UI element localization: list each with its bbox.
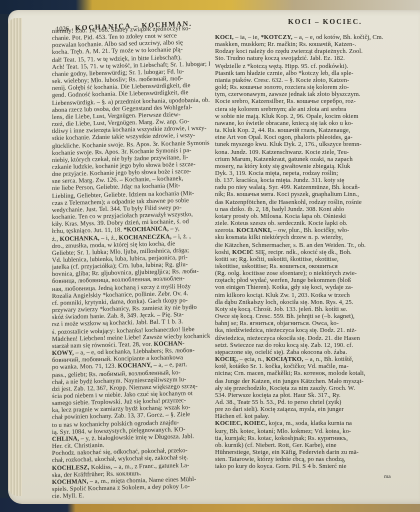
text-line: niania ptaków. Cresc. 632. – §. Kocie zł… [215, 77, 407, 84]
text-line: Ad. 38., Teatr 55 b. 53., Pd. to perso c… [215, 399, 407, 406]
text-line: u nas dziko. ib. 2, 18, badyl Jundz. 308… [215, 206, 407, 213]
text-line: 534. Pierwsze kocięta za płot. Haur Sk. … [215, 392, 407, 399]
text-line: bahnj se; Rs. ягниться, objaгниться. Owc… [215, 320, 407, 327]
text-line: kury, Bh. kotec, kotaní; Mlo. kokmez; Vd… [215, 428, 407, 435]
text-line: iskotitise, uskotitise; Rs. кошиться, ок… [215, 263, 407, 270]
text-line: pre zo dari sieli). Kocię zaiąeza, mysla… [215, 406, 407, 413]
text-line: tka, niedźwiedzica, nieżeczyca kocą się.… [215, 327, 407, 334]
text-line: nawane, ko świetle obracane, kniecą się … [215, 120, 407, 127]
text-line: stępaczone się, ocielić się). Żaba okoco… [215, 349, 407, 356]
text-line: szerota. KOCIANKI, – ow, plur., Bh. koci… [215, 227, 407, 234]
text-line: das Katzenpfötchen, die Hasenkohl, rodza… [215, 199, 407, 206]
text-line: gold; Rs. кошачье золото, rozciera się k… [215, 84, 407, 91]
text-line: nim kilkoro kociąt. Kluk Zw. 1, 203. Kot… [215, 292, 407, 299]
text-line: Wędzielle z *kotczą wężą. Hipp. 95. cf. … [215, 63, 407, 70]
text-line: ciera się kolorem srebrnym; ale ani złot… [215, 106, 407, 113]
text-line: ib. 137. kraciśca, kocia mięta. Jundz. 3… [215, 177, 407, 184]
text-line: KOCIEC, KOIEC, kojca, m., soda, klatka k… [215, 420, 407, 427]
text-line: sten. Tatarowie, którzy iednie cbcą, po … [215, 456, 407, 463]
text-line: Ptasnik tam hładzie czrnie, albo *kotczy… [215, 70, 407, 77]
text-line: KOCI, – ia, – ie, *KOTCZY, – a, – e, od … [215, 34, 407, 41]
text-line: eine Art von Opal. Koci ogon, phaloris p… [215, 134, 407, 141]
text-line: ziele. Koteus szeszs ob. serdecznik. Koc… [215, 220, 407, 227]
text-line: von einigen Thieren). Kotka, gdy się koc… [215, 284, 407, 291]
text-line: dźwiedzica, nieżeczyca okociła się. Dodz… [215, 335, 407, 342]
text-line: maskken, muskken; Rr. mačkin; Rs. кошачі… [215, 41, 407, 48]
text-line: ta. Kluk Kop. 2, 44. Rs. кошачій глазъ, … [215, 127, 407, 134]
catchword: ma [384, 474, 391, 480]
text-line: (Rg. oolg. kocitisse zose sfoentare); o … [215, 270, 407, 277]
text-line: Dyk. 3, 119. Kocia mięta, nepeta, rodzay… [215, 170, 407, 177]
text-line: Sto. Trudno naturę koczą swojądzić. Jabł… [215, 55, 407, 62]
text-line: das Junge der Katzen, ein junges Kätzche… [215, 378, 407, 385]
right-running-head: KOCI – KOCIEC. [288, 18, 362, 26]
text-line: KOCIĘ, – ęcia, n., KOCIĄTKO, – a, n., Bh… [215, 356, 407, 363]
text-line: radu po niey walaią. Syr. 499. Katzenmün… [215, 184, 407, 191]
text-line: iako po kury do koyca. Gorn. Pil. S 4 b.… [215, 463, 407, 470]
text-line: ały się przechodziło, Kocięta za nim zas… [215, 385, 407, 392]
text-line: nicina; Crn. macen, mačkělki; Rs. котено… [215, 370, 407, 377]
text-line: w sobie nie mają. Kluk Kop. 2, 96. Opale… [215, 113, 407, 120]
text-line: koshi, KOCIĆ SIĘ, recipr. ndk., okocić s… [215, 249, 407, 256]
text-line: setzt. Świeczce raz do roku kocą się. Za… [215, 342, 407, 349]
text-line: Owce się kocą. Cresc. 559. Bh. jehnjti s… [215, 313, 407, 320]
page-edges [8, 18, 22, 496]
text-line: Hächen ef. kot pałay. [215, 413, 407, 420]
text-line: tym, czerwonawym, zawsze jednak iak złot… [215, 91, 407, 98]
text-line: rzętach; płod wydać, werfen, Junge bekom… [215, 277, 407, 284]
text-line: crium Marum, Katzenkraut, gatunek ozaki,… [215, 156, 407, 163]
text-line: kotě, kotátko Sr. 1. kočka, kočičko; Vd.… [215, 363, 407, 370]
text-line: Koty się kocą. Chrośt. Job. 133. jeleń. … [215, 306, 407, 313]
right-column-text: KOCI, – ia, – ie, *KOTCZY, – a, – e, od … [215, 34, 407, 471]
text-line: ník; Rs. кошачья мята. Koci pyszek, gnap… [215, 191, 407, 198]
text-line: tunek myszego kwu. Kluk Dyk. 2, 176., ul… [215, 141, 407, 148]
text-line: die Kätzchen, Schmermacher, s. B. an den… [215, 242, 407, 249]
left-column-text: niemiły! Zab. 14, 166. Słabey związek zj… [52, 28, 210, 500]
text-line: Rodzay koci należy do rzędu zwierząt dra… [215, 48, 407, 55]
text-line: sku kosmata kilki niektórych drzew n. p.… [215, 234, 407, 241]
text-line: dla dąbu Znikałszy loch, okociła się. Mo… [215, 299, 407, 306]
text-line: mosery, na który koty się gwałtownie zbi… [215, 163, 407, 170]
text-line: kona. Jundz. 109. Katzenschwanz. Kocie z… [215, 149, 407, 156]
text-line: tia, kurnjak; Rs. kotac, kokoshjnak; Rs.… [215, 435, 407, 442]
text-line: kotiti se; Rg. kočiti, uskotiti, škotiti… [215, 256, 407, 263]
text-line: kotary prosty ob. Milosna. Kocia łapa ob… [215, 213, 407, 220]
text-line: Kocie srebro, Katzensilber, Rs. кошачье … [215, 98, 407, 105]
text-line: ob. kurnik) (cf. Niebert. Rott, Ger. Kar… [215, 442, 407, 449]
text-line: Hühnerstiege, Steige, ein Käfig, Federvi… [215, 449, 407, 456]
